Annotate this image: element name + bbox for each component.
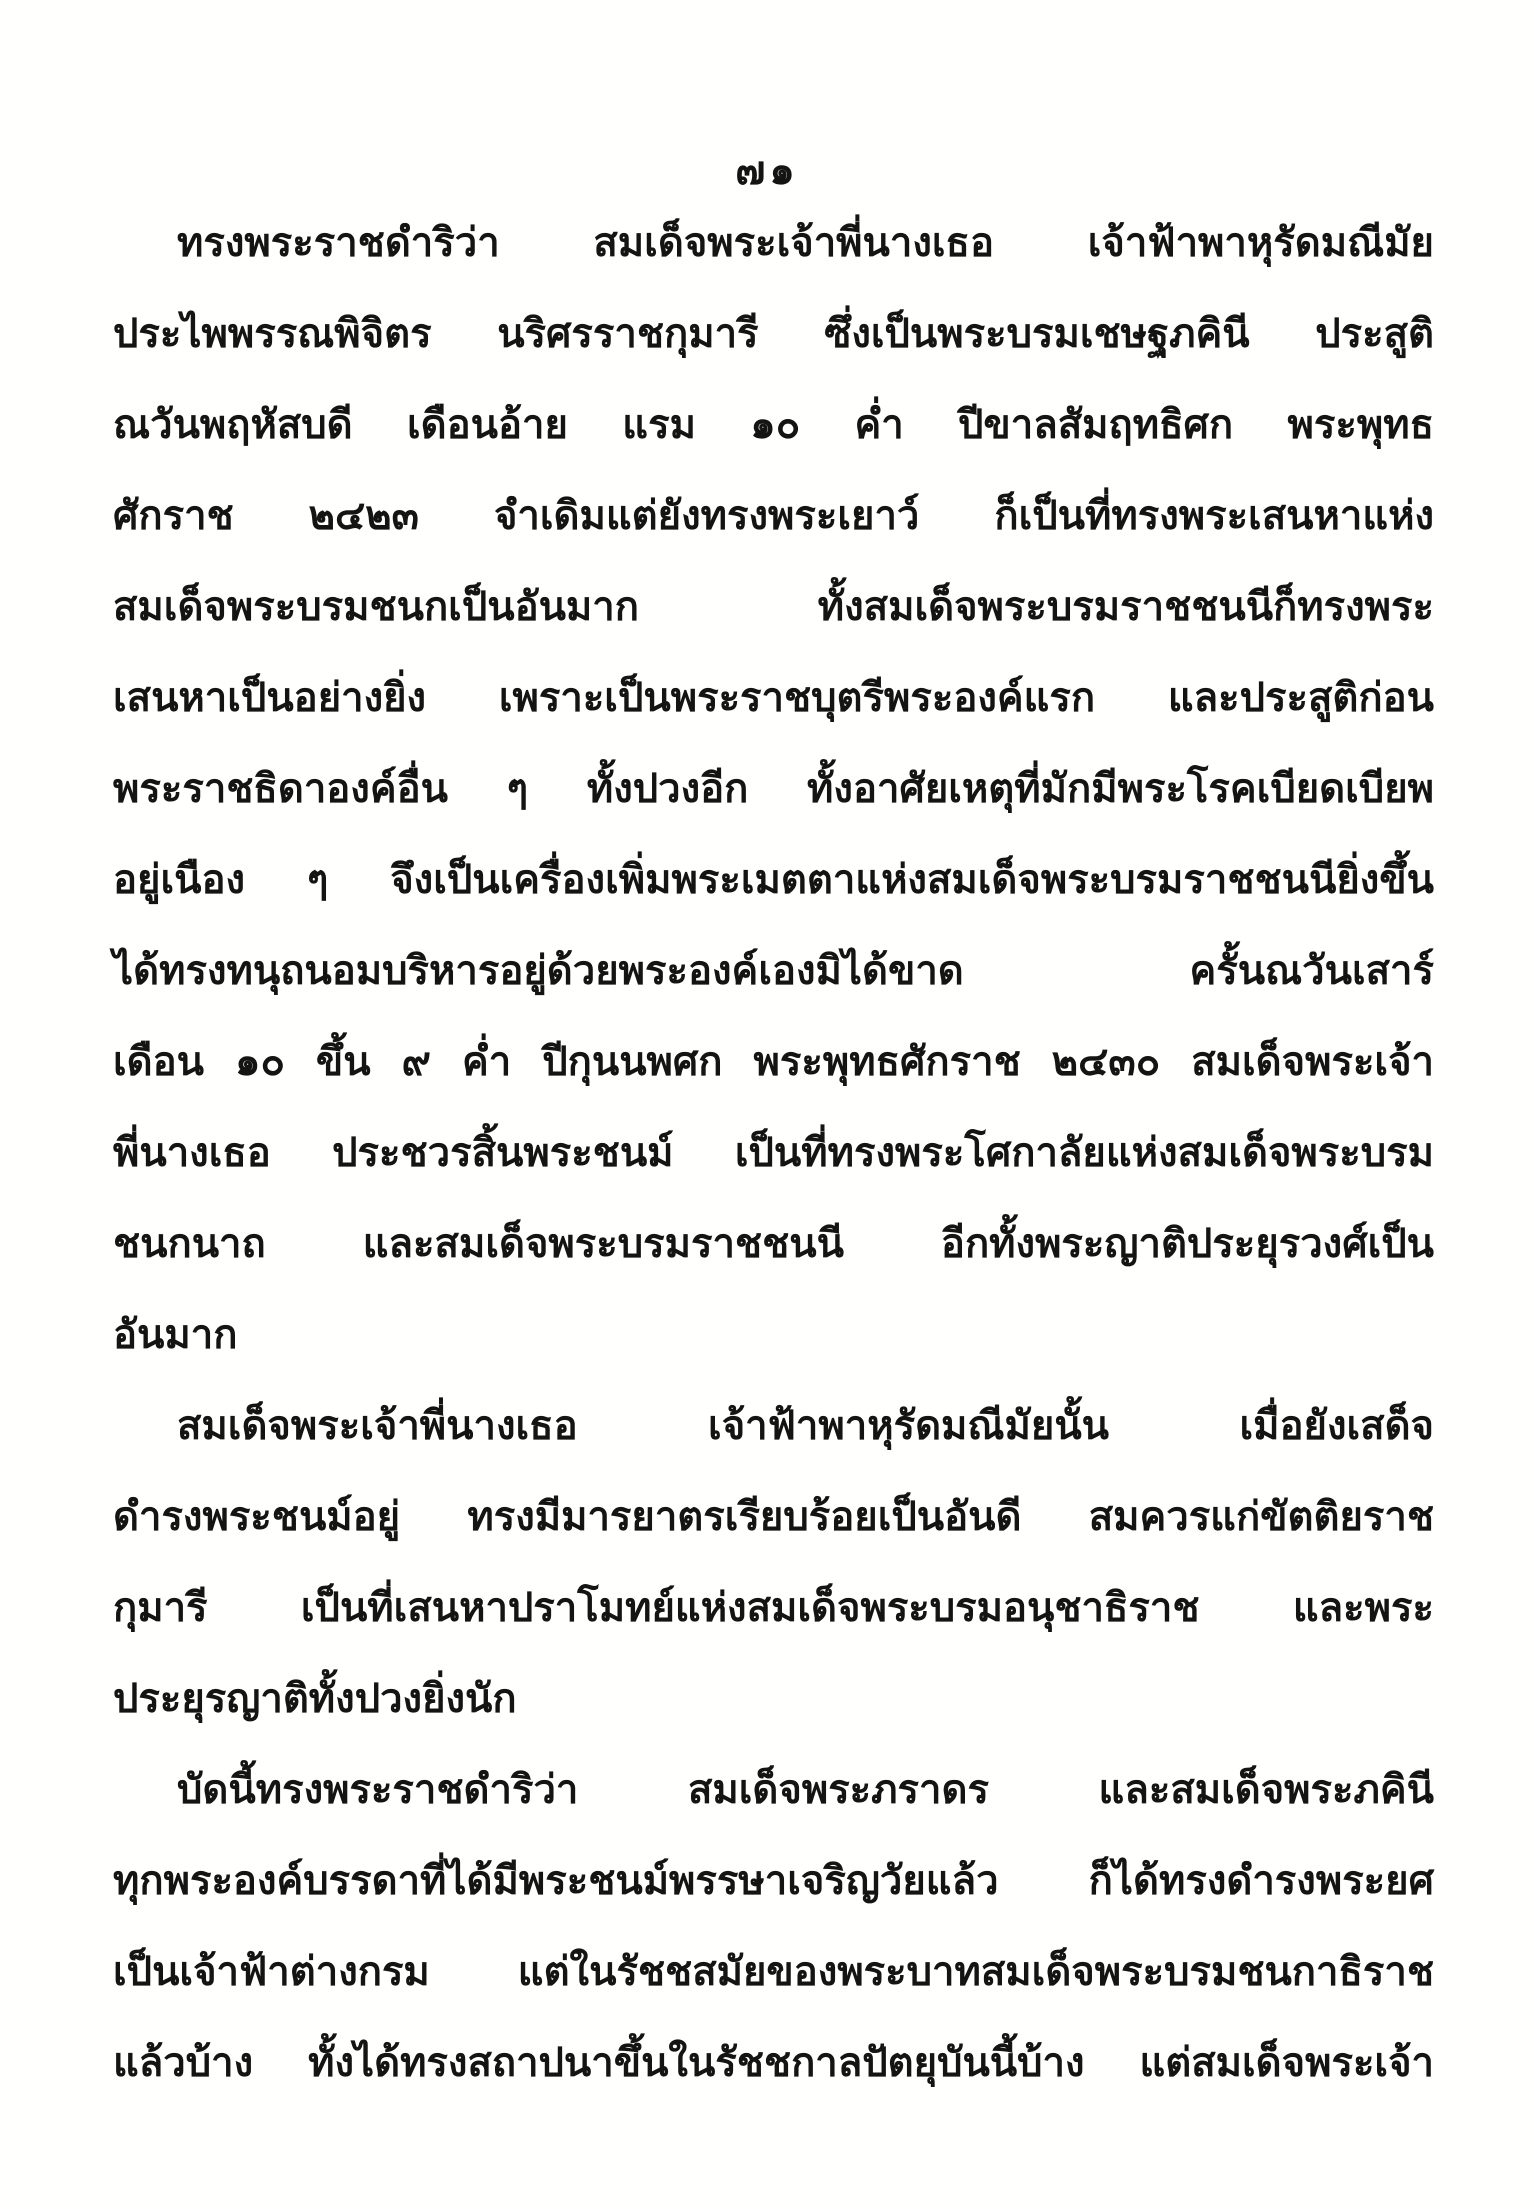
scanned-document-page: ๗๑ ทรงพระราชดำริว่า สมเด็จพระเจ้าพี่นางเ… [0, 0, 1534, 2209]
text-line: ทุกพระองค์บรรดาที่ได้มีพระชนม์พรรษาเจริญ… [113, 1836, 1434, 1927]
text-body: ทรงพระราชดำริว่า สมเด็จพระเจ้าพี่นางเธอ … [113, 198, 1434, 2109]
text-line: พี่นางเธอ ประชวรสิ้นพระชนม์ เป็นที่ทรงพร… [113, 1108, 1434, 1199]
text-line: ณวันพฤหัสบดี เดือนอ้าย แรม ๑๐ ค่ำ ปีขาลส… [113, 380, 1434, 471]
text-line: ได้ทรงทนุถนอมบริหารอยู่ด้วยพระองค์เองมิไ… [113, 926, 1434, 1017]
text-line: เดือน ๑๐ ขึ้น ๙ ค่ำ ปีกุนนพศก พระพุทธศัก… [113, 1017, 1434, 1108]
text-line: ศักราช ๒๔๒๓ จำเดิมแต่ยังทรงพระเยาว์ ก็เป… [113, 471, 1434, 562]
text-line: กุมารี เป็นที่เสนหาปราโมทย์แห่งสมเด็จพระ… [113, 1563, 1434, 1654]
text-line: ประยุรญาติทั้งปวงยิ่งนัก [113, 1654, 1434, 1745]
text-line: ชนกนาถ และสมเด็จพระบรมราชชนนี อีกทั้งพระ… [113, 1199, 1434, 1290]
text-line: อันมาก [113, 1290, 1434, 1381]
text-line: สมเด็จพระเจ้าพี่นางเธอ เจ้าฟ้าพาหุรัดมณี… [113, 1381, 1434, 1472]
text-line: ประไพพรรณพิจิตร นริศรราชกุมารี ซึ่งเป็นพ… [113, 289, 1434, 380]
text-line: ดำรงพระชนม์อยู่ ทรงมีมารยาตรเรียบร้อยเป็… [113, 1472, 1434, 1563]
text-line: ทรงพระราชดำริว่า สมเด็จพระเจ้าพี่นางเธอ … [113, 198, 1434, 289]
text-line: เสนหาเป็นอย่างยิ่ง เพราะเป็นพระราชบุตรีพ… [113, 653, 1434, 744]
text-line: เป็นเจ้าฟ้าต่างกรม แต่ในรัชชสมัยของพระบา… [113, 1927, 1434, 2018]
text-line: อยู่เนือง ๆ จึงเป็นเครื่องเพิ่มพระเมตตาแ… [113, 835, 1434, 926]
text-line: แล้วบ้าง ทั้งได้ทรงสถาปนาขึ้นในรัชชกาลปั… [113, 2018, 1434, 2109]
text-line: สมเด็จพระบรมชนกเป็นอันมาก ทั้งสมเด็จพระบ… [113, 562, 1434, 653]
text-line: บัดนี้ทรงพระราชดำริว่า สมเด็จพระภราดร แล… [113, 1745, 1434, 1836]
text-line: พระราชธิดาองค์อื่น ๆ ทั้งปวงอีก ทั้งอาศั… [113, 744, 1434, 835]
page-number: ๗๑ [0, 138, 1534, 202]
